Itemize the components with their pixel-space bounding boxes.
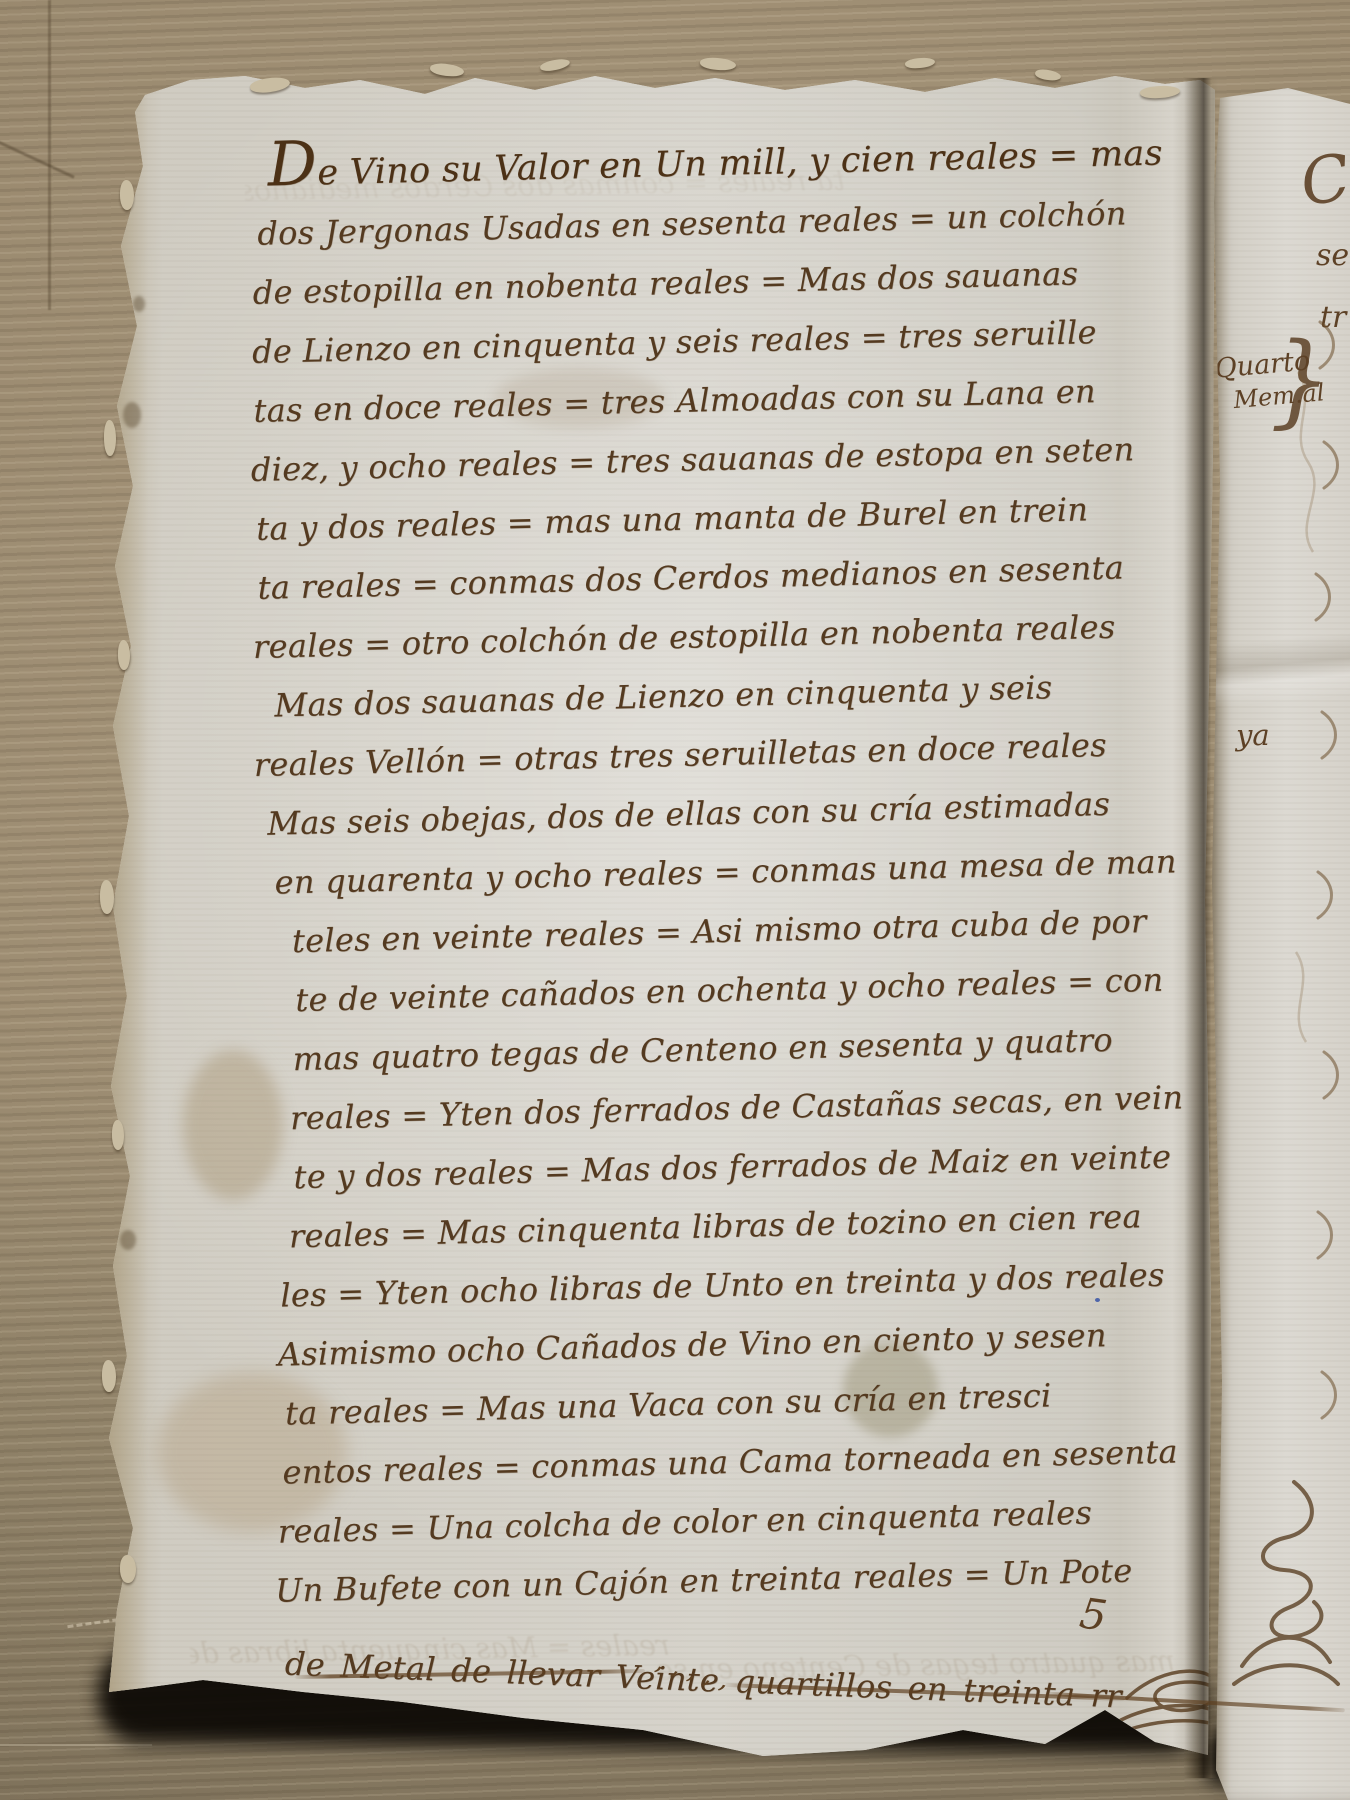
manuscript-left-page: reales = Mas cinquenta libras de tozino …: [95, 50, 1215, 1765]
ink-spot: [133, 296, 145, 312]
torn-edge-fragment: [102, 1360, 116, 1392]
torn-edge-fragment: [120, 180, 134, 210]
signature-flourish-icon: [1224, 1470, 1348, 1700]
torn-edge-fragment: [700, 57, 737, 71]
cardboard-crease: [0, 1744, 152, 1746]
stain-blob: [183, 1050, 283, 1200]
torn-edge-fragment: [539, 57, 570, 73]
quire-mark: 5: [1077, 1588, 1110, 1640]
torn-edge-fragment: [100, 880, 114, 914]
ink-spot: [123, 402, 141, 428]
torn-edge-fragment: [905, 56, 936, 69]
torn-edge-fragment: [120, 1555, 136, 1583]
ink-spot: [120, 1230, 136, 1250]
torn-edge-fragment: [429, 62, 464, 77]
side-note: ya: [1236, 718, 1270, 752]
torn-edge-fragment: [112, 1120, 124, 1150]
edge-fragment: se: [1316, 238, 1349, 273]
corner-initial: C: [1296, 141, 1350, 222]
fold-crease: [1184, 78, 1218, 1778]
cardboard-crack: [0, 140, 75, 178]
handwritten-text-block: De Vino su Valor en Un mill, y cien real…: [247, 117, 1073, 1693]
cardboard-seam: [48, 0, 51, 310]
edge-squiggles-icon: [1278, 312, 1350, 1492]
torn-edge-fragment: [104, 420, 116, 456]
blue-ink-dot: [1095, 1298, 1100, 1302]
manuscript-photo: reales = Mas cinquenta libras de tozino …: [0, 0, 1350, 1800]
manuscript-right-page: C se tr Quarto Mem.al } ya: [1208, 82, 1350, 1800]
torn-edge-fragment: [118, 640, 130, 670]
torn-edge-fragment: [1034, 68, 1061, 82]
